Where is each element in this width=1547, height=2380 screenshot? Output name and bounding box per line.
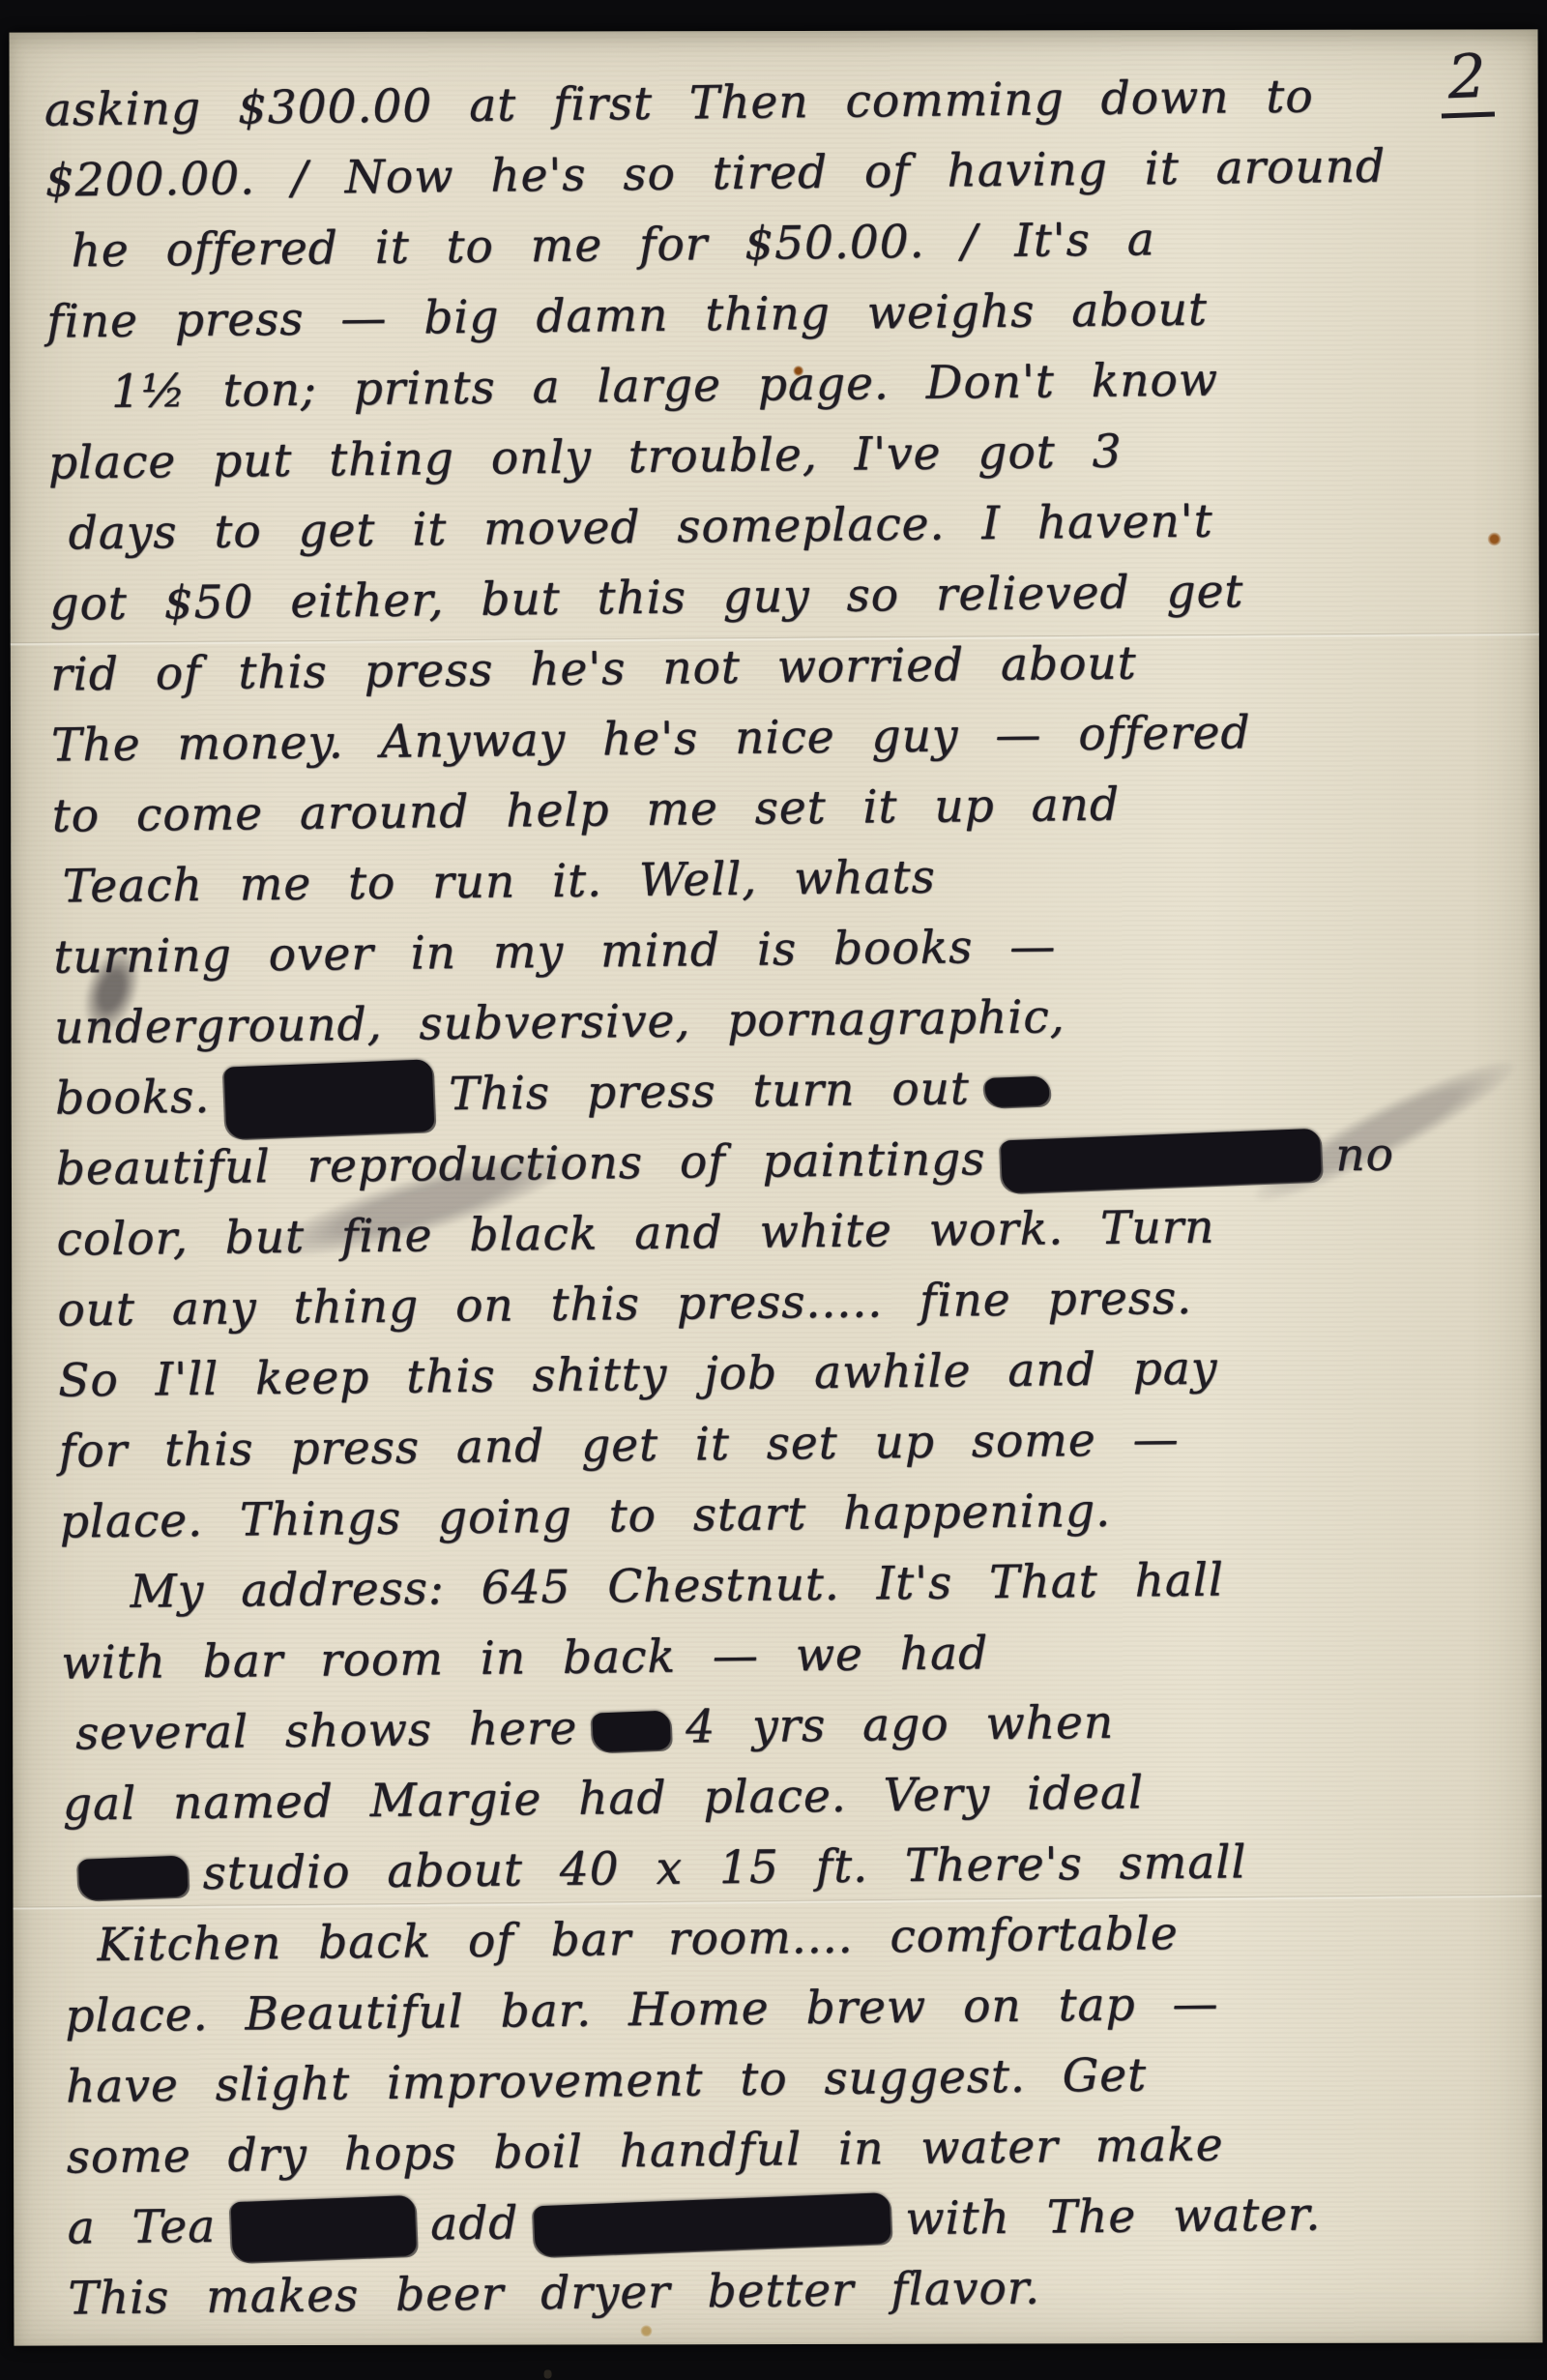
handwritten-text: gal named Margie had place. Very ideal (63, 1766, 1145, 1831)
handwritten-text: rid of this press he's not worried about (50, 636, 1137, 701)
handwritten-text: a Tea (67, 2200, 216, 2255)
ink-redaction (78, 1856, 189, 1900)
handwritten-text: turning over in my mind is books — (53, 920, 1056, 984)
handwritten-text: Teach me to run it. Well, whats (62, 851, 936, 914)
handwritten-text: got $50 either, but this guy so relieved… (49, 565, 1243, 631)
handwritten-text: color, but fine black and white work. Tu… (56, 1201, 1214, 1267)
handwritten-text: underground, subversive, pornagraphic, (54, 990, 1065, 1054)
handwritten-text: out any thing on this press..... fine pr… (57, 1272, 1192, 1337)
handwritten-text: 1½ ton; prints a large page. Don't know (111, 353, 1218, 418)
handwritten-text: days to get it moved someplace. I haven'… (68, 495, 1212, 561)
handwritten-text: 4 yrs ago when (686, 1696, 1114, 1754)
handwritten-text: So I'll keep this shitty job awhile and … (58, 1342, 1218, 1408)
handwritten-text: to come around help me set it up and (52, 779, 1121, 843)
ink-redaction (1000, 1129, 1321, 1193)
handwritten-text: studio about 40 x 15 ft. There's small (202, 1836, 1246, 1900)
handwritten-text: $200.00. / Now he's so tired of having i… (44, 140, 1386, 208)
handwritten-text: no (1335, 1129, 1394, 1183)
handwritten-text: Kitchen back of bar room.... comfortable (97, 1907, 1179, 1972)
ink-redaction (593, 1711, 671, 1752)
letter-page: 2 asking $300.00 at first Then comming d… (9, 29, 1542, 2345)
handwritten-text: add (430, 2196, 519, 2250)
handwritten-text: have slight improvement to suggest. Get (66, 2048, 1147, 2113)
ink-redaction (984, 1075, 1049, 1107)
handwritten-text: beautiful reproductions of paintings (56, 1132, 986, 1195)
handwritten-text: some dry hops boil handful in water make (67, 2119, 1224, 2185)
handwritten-text: several shows here (75, 1702, 578, 1761)
handwritten-text: he offered it to me for $50.00. / It's a (71, 213, 1155, 278)
handwritten-text: asking $300.00 at first Then comming dow… (44, 70, 1314, 136)
letter-body: asking $300.00 at first Then comming dow… (44, 59, 1541, 2334)
handwritten-text: This makes beer dryer better flavor. (68, 2262, 1040, 2326)
ink-redaction (534, 2192, 891, 2256)
handwritten-text: The money. Anyway he's nice guy — offere… (51, 706, 1251, 772)
ink-redaction (230, 2195, 416, 2262)
handwritten-text: place. Beautiful bar. Home brew on tap — (65, 1978, 1219, 2043)
handwritten-text: place. Things going to start happening. (59, 1484, 1111, 1549)
handwritten-text: books. (55, 1071, 211, 1126)
handwritten-text: with bar room in back — we had (61, 1627, 988, 1690)
ink-redaction (224, 1059, 435, 1138)
handwritten-text: My address: 645 Chestnut. It's That hall (130, 1553, 1224, 1618)
letter-line: This makes beer dryer better flavor. (68, 2248, 1541, 2334)
handwritten-text: This press turn out (449, 1062, 970, 1121)
handwritten-text: with The water. (905, 2188, 1322, 2246)
handwritten-text: fine press — big damn thing weighs about (46, 283, 1208, 349)
handwritten-text: place put thing only trouble, I've got 3 (48, 426, 1123, 490)
handwritten-text: for this press and get it set up some — (59, 1413, 1180, 1479)
